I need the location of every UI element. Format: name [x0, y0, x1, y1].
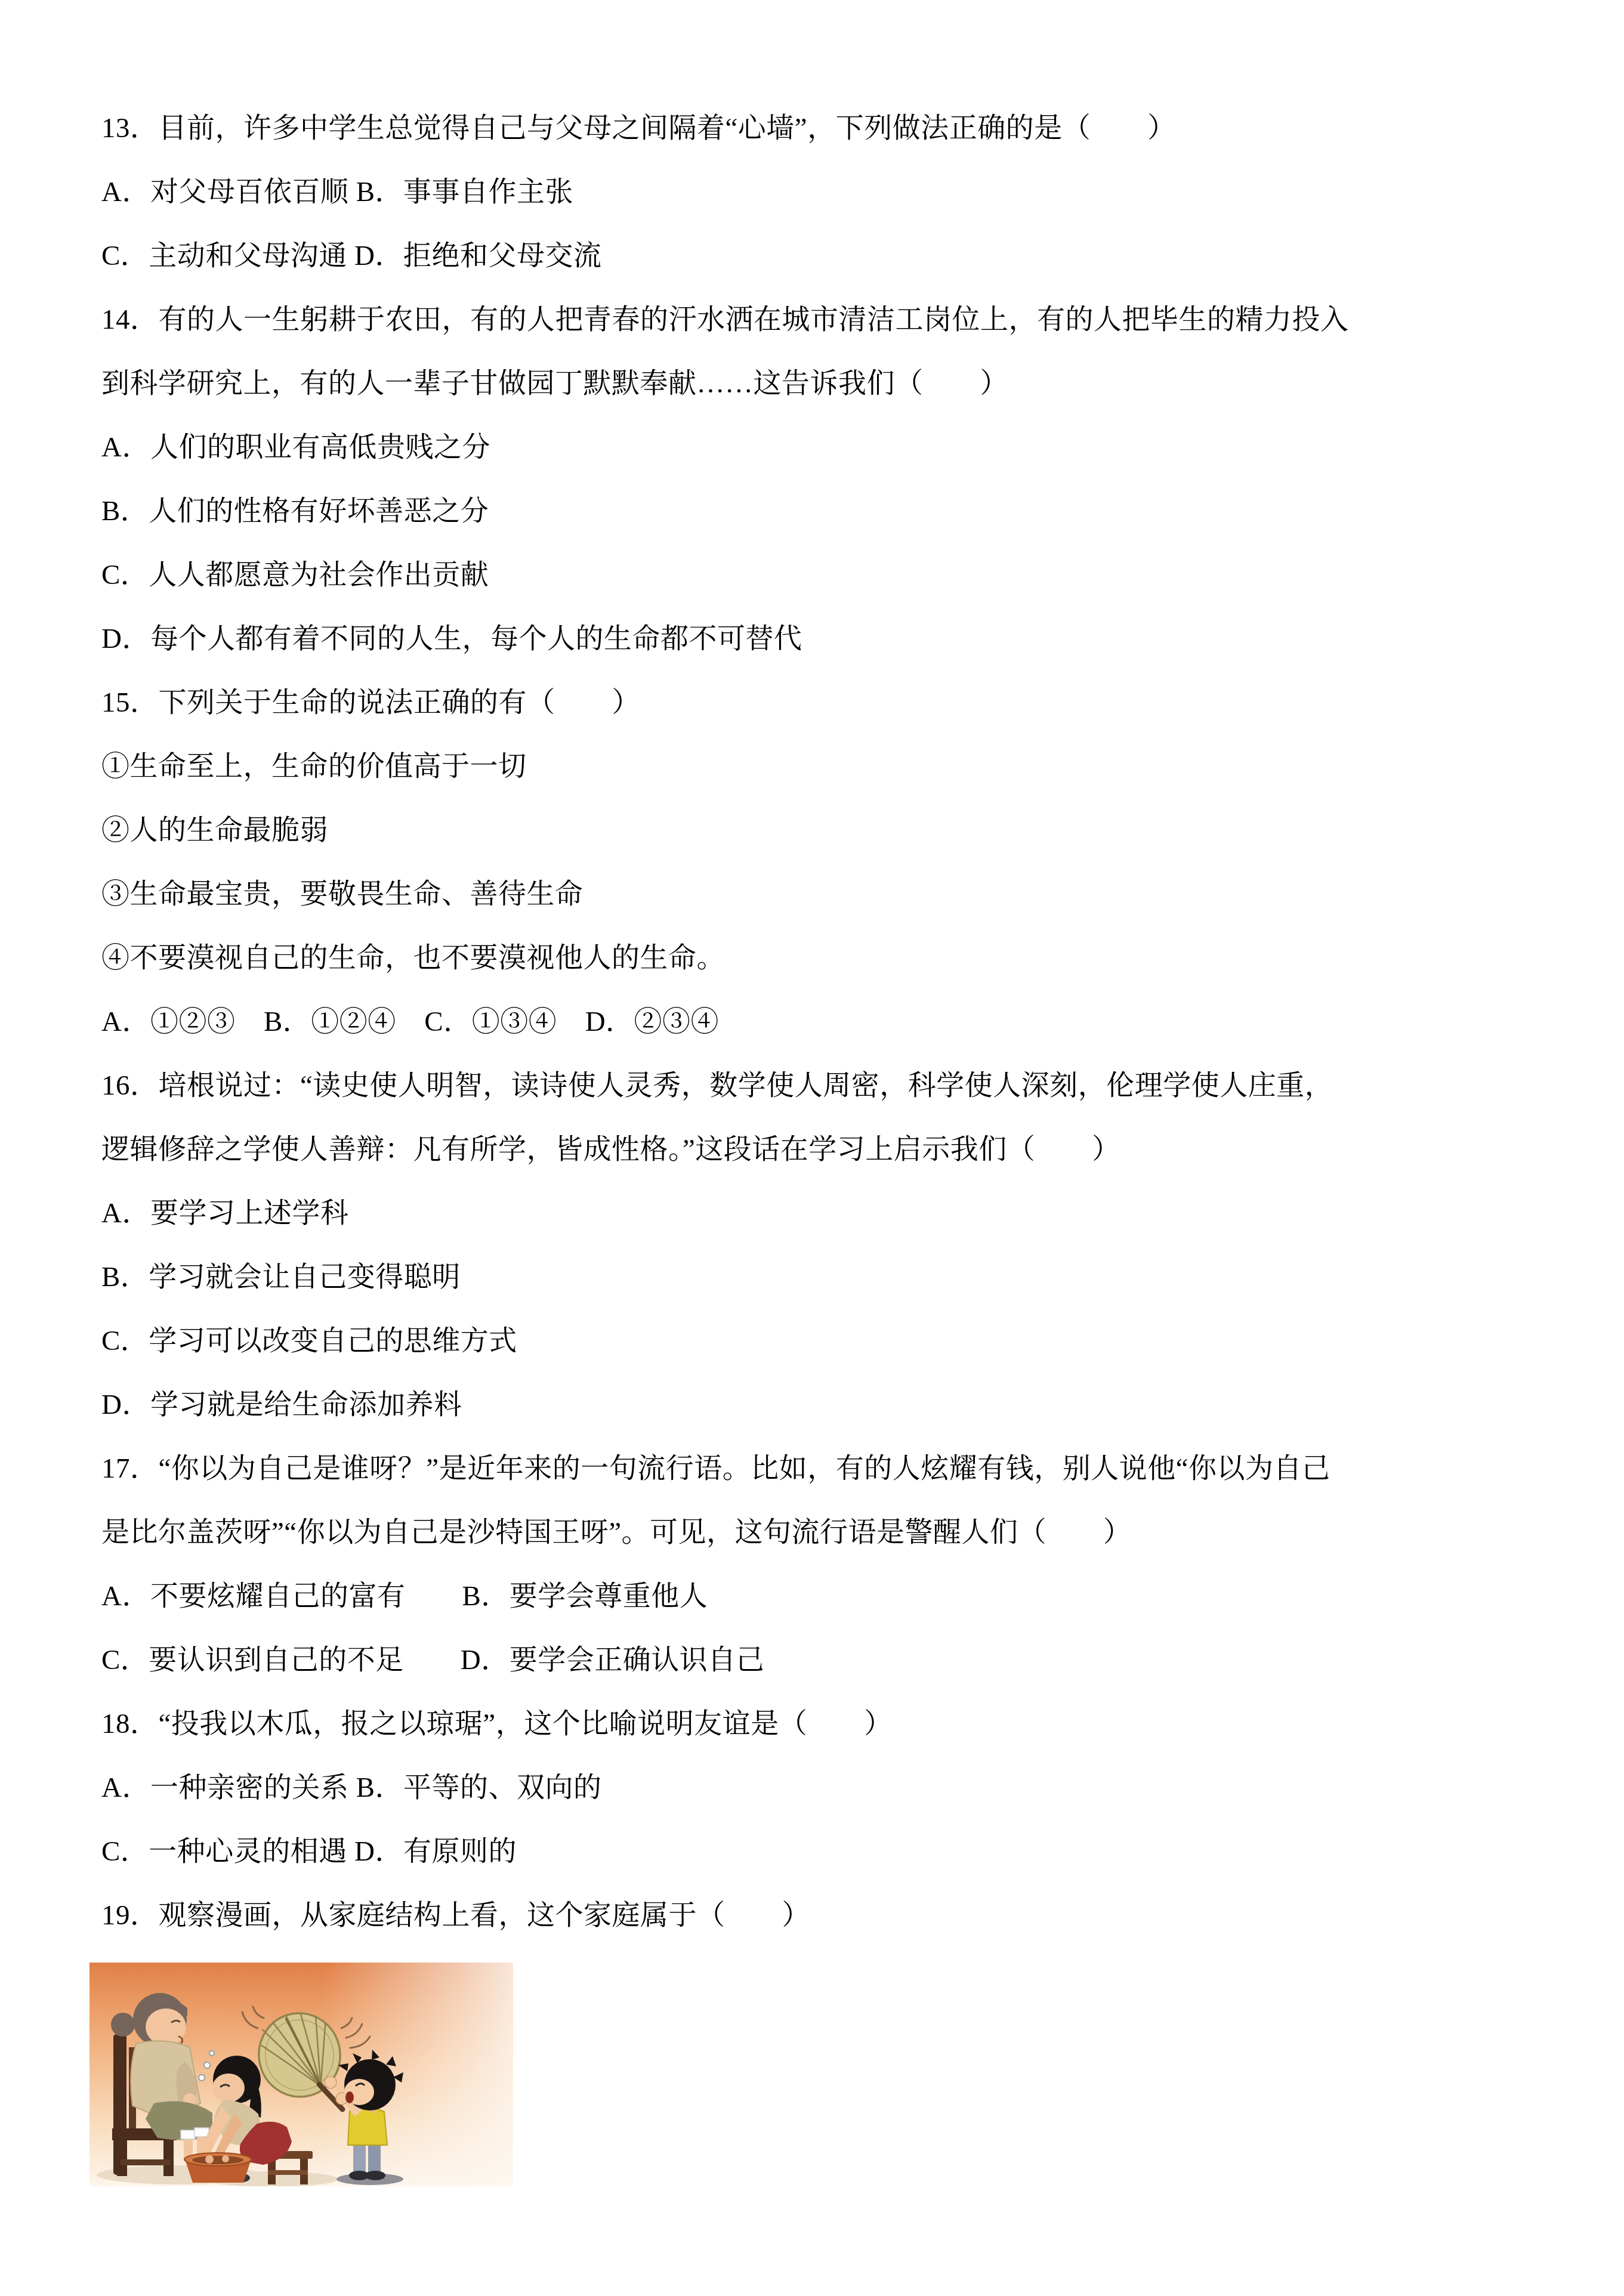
question-17-stem-line-2: 是比尔盖茨呀”“你以为自己是沙特国王呀”。可见，这句流行语是警醒人们（ ）	[101, 1501, 1539, 1565]
question-15: 15．下列关于生命的说法正确的有（ ） ①生命至上，生命的价值高于一切 ②人的生…	[101, 671, 1539, 1054]
family-comic-svg	[89, 1963, 513, 2186]
question-16-stem-line-2: 逻辑修辞之学使人善辩：凡有所学，皆成性格。”这段话在学习上启示我们（ ）	[101, 1118, 1539, 1182]
rolled-trouser-cuff	[194, 2128, 209, 2137]
question-17: 17．“你以为自己是谁呀？”是近年来的一句流行语。比如，有的人炫耀有钱，别人说他…	[101, 1437, 1539, 1692]
child-pants-leg	[353, 2142, 366, 2176]
question-14-option-a: A．人们的职业有高低贵贱之分	[101, 416, 1539, 480]
question-15-item-2: ②人的生命最脆弱	[101, 799, 1539, 863]
question-18: 18．“投我以木瓜，报之以琼琚”，这个比喻说明友谊是（ ） A．一种亲密的关系 …	[101, 1692, 1539, 1884]
family-comic-illustration	[89, 1963, 513, 2186]
question-18-stem: 18．“投我以木瓜，报之以琼琚”，这个比喻说明友谊是（ ）	[101, 1692, 1539, 1756]
question-16: 16．培根说过：“读史使人明智，读诗使人灵秀，数学使人周密，科学使人深刻，伦理学…	[101, 1054, 1539, 1437]
mother-face	[212, 2073, 245, 2102]
question-14-option-b: B．人们的性格有好坏善恶之分	[101, 480, 1539, 543]
foot-basin	[184, 2153, 251, 2183]
question-17-options-ab: A．不要炫耀自己的富有 B．要学会尊重他人	[101, 1565, 1539, 1628]
question-16-option-b: B．学习就会让自己变得聪明	[101, 1246, 1539, 1309]
question-17-options-cd: C．要认识到自己的不足 D．要学会正确认识自己	[101, 1628, 1539, 1692]
question-14-stem-line-2: 到科学研究上，有的人一辈子甘做园丁默默奉献……这告诉我们（ ）	[101, 352, 1539, 416]
rolled-trouser-cuff	[181, 2130, 195, 2139]
question-15-item-1: ①生命至上，生命的价值高于一切	[101, 735, 1539, 799]
question-list: 13．目前，许多中学生总觉得自己与父母之间隔着“心墙”，下列做法正确的是（ ） …	[101, 97, 1539, 1948]
grandmother-face	[146, 2008, 186, 2045]
question-15-item-3: ③生命最宝贵，要敬畏生命、善待生命	[101, 863, 1539, 926]
child-hand	[325, 2076, 336, 2088]
basin-water	[192, 2156, 243, 2164]
question-19: 19．观察漫画，从家庭结构上看，这个家庭属于（ ）	[101, 1884, 1539, 1948]
question-16-option-d: D．学习就是给生命添加养料	[101, 1373, 1539, 1437]
exam-page: 13．目前，许多中学生总觉得自己与父母之间隔着“心墙”，下列做法正确的是（ ） …	[0, 0, 1624, 2296]
question-16-stem-line-1: 16．培根说过：“读史使人明智，读诗使人灵秀，数学使人周密，科学使人深刻，伦理学…	[101, 1054, 1539, 1118]
question-13-options-ab: A．对父母百依百顺 B．事事自作主张	[101, 160, 1539, 224]
question-18-options-cd: C．一种心灵的相遇 D．有原则的	[101, 1820, 1539, 1884]
question-14-option-d: D．每个人都有着不同的人生，每个人的生命都不可替代	[101, 607, 1539, 671]
question-18-options-ab: A．一种亲密的关系 B．平等的、双向的	[101, 1756, 1539, 1820]
question-15-item-4: ④不要漠视自己的生命，也不要漠视他人的生命。	[101, 926, 1539, 990]
question-17-stem-line-1: 17．“你以为自己是谁呀？”是近年来的一句流行语。比如，有的人炫耀有钱，别人说他…	[101, 1437, 1539, 1501]
question-15-stem: 15．下列关于生命的说法正确的有（ ）	[101, 671, 1539, 735]
grandmother-hair-bun	[111, 2013, 135, 2037]
question-13-options-cd: C．主动和父母沟通 D．拒绝和父母交流	[101, 224, 1539, 288]
question-16-option-c: C．学习可以改变自己的思维方式	[101, 1309, 1539, 1373]
question-13-stem: 13．目前，许多中学生总觉得自己与父母之间隔着“心墙”，下列做法正确的是（ ）	[101, 97, 1539, 160]
child-open-mouth	[345, 2091, 354, 2103]
question-13: 13．目前，许多中学生总觉得自己与父母之间隔着“心墙”，下列做法正确的是（ ） …	[101, 97, 1539, 288]
question-14-option-c: C．人人都愿意为社会作出贡献	[101, 543, 1539, 607]
question-19-stem: 19．观察漫画，从家庭结构上看，这个家庭属于（ ）	[101, 1884, 1539, 1948]
child-shoe	[365, 2171, 385, 2180]
child-pants-leg	[368, 2142, 381, 2176]
question-16-option-a: A．要学习上述学科	[101, 1182, 1539, 1246]
question-15-options-abcd: A．①②③ B．①②④ C．①③④ D．②③④	[101, 990, 1539, 1054]
question-14-stem-line-1: 14．有的人一生躬耕于农田，有的人把青春的汗水洒在城市清洁工岗位上，有的人把毕生…	[101, 288, 1539, 352]
question-14: 14．有的人一生躬耕于农田，有的人把青春的汗水洒在城市清洁工岗位上，有的人把毕生…	[101, 288, 1539, 671]
